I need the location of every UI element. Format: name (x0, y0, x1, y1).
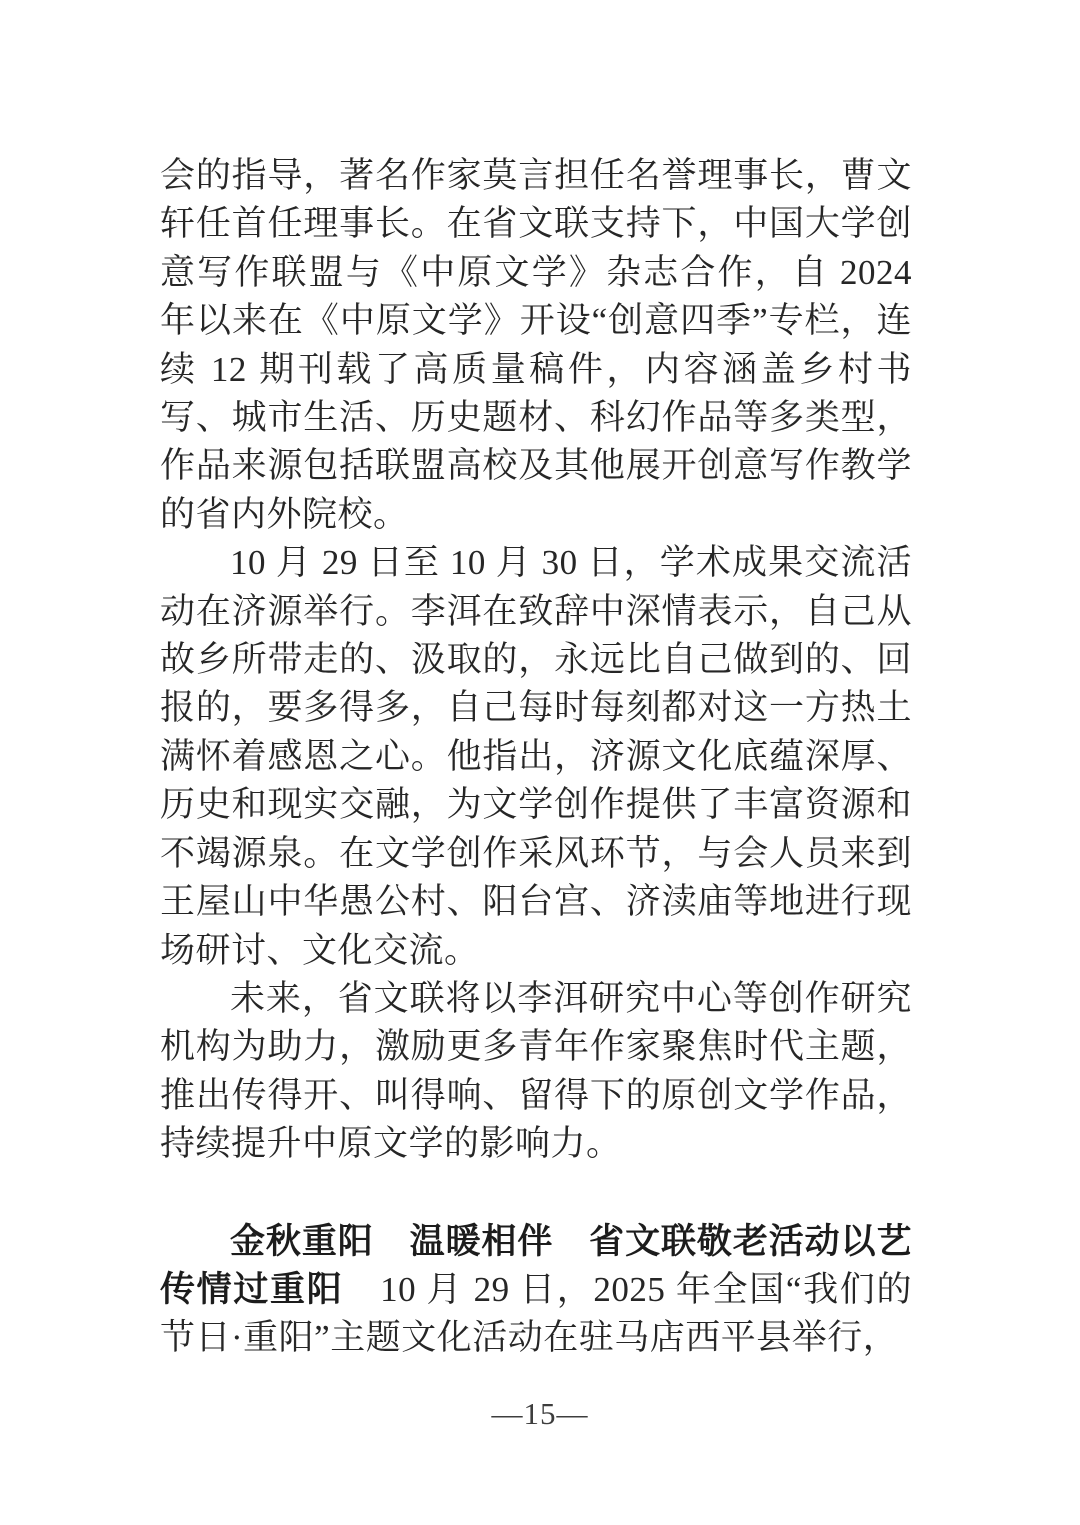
page-body: 会的指导，著名作家莫言担任名誉理事长，曹文轩任首任理事长。在省文联支持下，中国大… (160, 152, 912, 1363)
paragraph-future-outlook: 未来，省文联将以李洱研究中心等创作研究机构为助力，激励更多青年作家聚焦时代主题，… (160, 975, 912, 1169)
paragraph-chongyang-news: 金秋重阳 温暖相伴 省文联敬老活动以艺传情过重阳 10 月 29 日，2025 … (160, 1218, 912, 1363)
paragraph-continuation: 会的指导，著名作家莫言担任名誉理事长，曹文轩任首任理事长。在省文联支持下，中国大… (160, 152, 912, 539)
page-number: —15— (492, 1396, 589, 1432)
paragraph-academic-exchange: 10 月 29 日至 10 月 30 日，学术成果交流活动在济源举行。李洱在致辞… (160, 539, 912, 975)
document-page: 会的指导，著名作家莫言担任名誉理事长，曹文轩任首任理事长。在省文联支持下，中国大… (0, 0, 1080, 1525)
page-footer: —15— (0, 1396, 1080, 1432)
